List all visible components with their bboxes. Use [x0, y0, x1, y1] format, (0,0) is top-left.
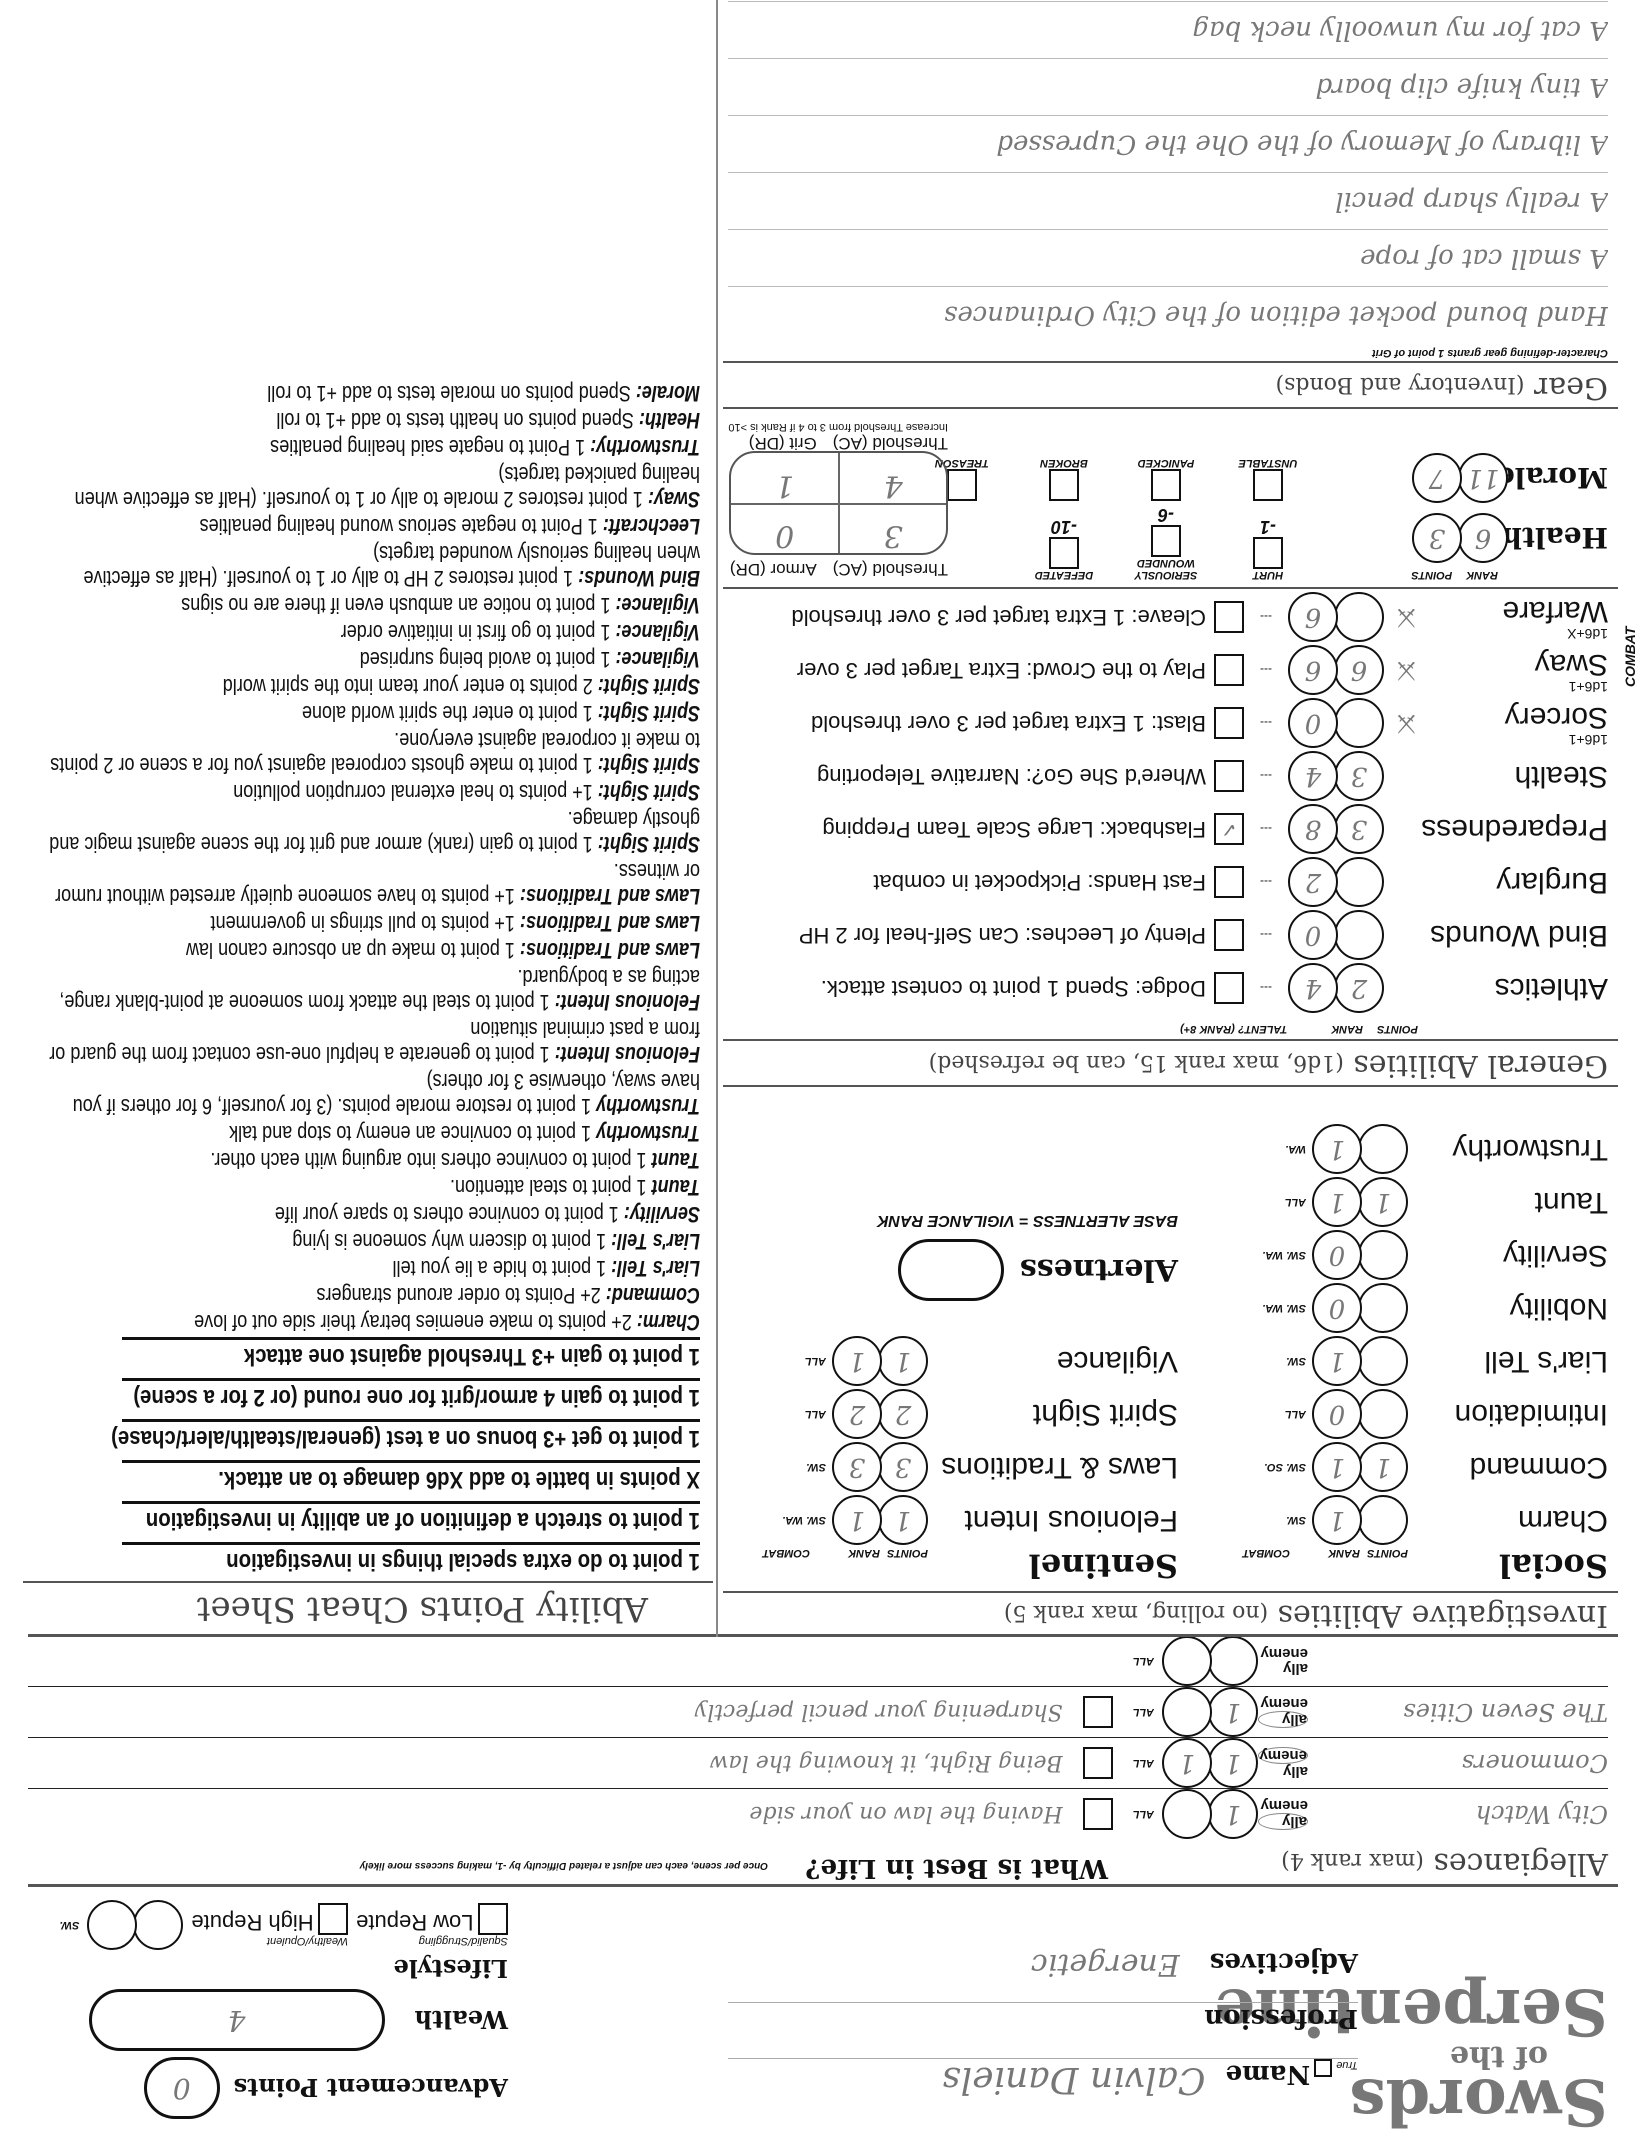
- cheat-ability-rule: Laws and Traditions: 1+ points to have s…: [44, 859, 700, 909]
- general-title: General Abilities: [1353, 1048, 1608, 1083]
- ability-points[interactable]: [1334, 858, 1384, 908]
- wealth-label: Wealth: [415, 2006, 508, 2035]
- talent-checkbox[interactable]: [1214, 708, 1244, 740]
- ability-points[interactable]: [1358, 1125, 1408, 1175]
- state-item: SERIOUSLY WOUNDED-6: [1126, 504, 1206, 581]
- state-checkbox[interactable]: [1253, 537, 1283, 569]
- cheat-general-rule: 1 point to do extra special things in in…: [122, 1542, 700, 1575]
- ability-pool: 33: [832, 1443, 928, 1493]
- dice-label: 1d6+1: [1418, 735, 1608, 747]
- ability-name: Stealth: [1515, 761, 1608, 794]
- cheat-ability-name: Vigilance:: [615, 620, 700, 645]
- gear-subtitle: (Inventory and Bonds): [1276, 372, 1525, 397]
- ability-name-cell: Stealth: [1418, 760, 1608, 794]
- state-mod: -10: [1024, 516, 1104, 537]
- ability-tag: SW. WA.: [1262, 1303, 1306, 1315]
- ability-name-cell: Athletics: [1418, 972, 1608, 1006]
- cheat-ability-name: Bind Wounds:: [578, 566, 700, 591]
- ability-pool: 0: [1312, 1284, 1408, 1334]
- ability-pool: 1: [1312, 1125, 1408, 1175]
- cheat-ability-text: 2 points to enter your team into the spi…: [223, 674, 598, 699]
- ability-rank[interactable]: 0: [1312, 1231, 1362, 1281]
- best-in-life-entry[interactable]: Being Right, it knowing the law: [710, 1751, 1063, 1776]
- ability-rank[interactable]: 1: [832, 1496, 882, 1546]
- talent-checkbox[interactable]: [1214, 655, 1244, 687]
- cheat-ability-rule: Charm: 2+ points to make enemies betray …: [44, 1310, 700, 1335]
- ability-points[interactable]: [1334, 699, 1384, 749]
- morale-label: Morale: [1508, 462, 1608, 495]
- ability-tag: SW. WA.: [1262, 1250, 1306, 1262]
- ability-pool: 38: [1288, 805, 1384, 855]
- talent-text: Plenty of Leeches: Can Self-heal for 2 H…: [799, 923, 1206, 949]
- character-sheet: Swords of the Serpentine True Name Calvi…: [0, 0, 1648, 2149]
- allegiance-points[interactable]: 1: [1208, 1789, 1258, 1839]
- cheat-ability-rule: Felonious Intent: 1 point to generate a …: [44, 1017, 700, 1067]
- allegiance-row: Commonersallyenemy11ALLBeing Right, it k…: [28, 1737, 1608, 1788]
- ability-pool: 22: [832, 1390, 928, 1440]
- ability-name: Intimidation: [1408, 1398, 1608, 1432]
- gear-item[interactable]: A tiny knife clip board: [728, 58, 1608, 115]
- ability-name: Preparedness: [1421, 814, 1608, 847]
- ability-pool: 6: [1288, 593, 1384, 643]
- cheat-ability-name: Sway:: [648, 487, 700, 512]
- talent-checkbox[interactable]: [1214, 920, 1244, 952]
- morale-threshold-value[interactable]: 4: [839, 453, 947, 503]
- general-row: 1d6+1Sorcery⚔0---Blast: 1 Extra target p…: [718, 697, 1608, 750]
- health-threshold-label: Threshold (AC): [833, 559, 948, 579]
- rank-col-label: RANK: [1290, 1547, 1360, 1559]
- cheat-ability-text: 1 point to convince an enemy to stop and…: [229, 1121, 596, 1146]
- talent-text: Where'd She Go?: Narrative Teleporting: [817, 764, 1206, 790]
- all-tag: ALL: [1133, 1655, 1154, 1667]
- allegiance-rank[interactable]: [1162, 1789, 1212, 1839]
- ability-points[interactable]: 1: [1358, 1178, 1408, 1228]
- talent-checkbox[interactable]: [1214, 867, 1244, 899]
- investigative-row: Trustworthy1WA.: [1188, 1123, 1608, 1176]
- state-item: HURT-1: [1228, 504, 1308, 581]
- sentinel-title: Sentinel: [928, 1547, 1178, 1585]
- investigative-row: Command11SW. SO.: [1188, 1441, 1608, 1494]
- cheat-ability-rule: Health: Spend points on health tests to …: [44, 408, 700, 433]
- armor-label: Armor (DR): [730, 559, 817, 579]
- ability-points[interactable]: 2: [878, 1390, 928, 1440]
- all-tag: ALL: [1133, 1808, 1154, 1820]
- ability-rank[interactable]: 6: [1288, 593, 1338, 643]
- ability-points[interactable]: [1358, 1496, 1408, 1546]
- cheat-ability-name: Command:: [606, 1283, 700, 1308]
- ability-rank[interactable]: 1: [1312, 1337, 1362, 1387]
- ability-pool: 34: [1288, 752, 1384, 802]
- general-row: Preparedness38---✓Flashback: Large Scale…: [718, 803, 1608, 856]
- gear-item[interactable]: Hand bound pocket edition of the City Or…: [728, 286, 1608, 343]
- ability-name: Command: [1408, 1451, 1608, 1485]
- state-item: UNSTABLE: [1228, 457, 1308, 501]
- ability-points[interactable]: 3: [878, 1443, 928, 1493]
- ability-name: Charm: [1408, 1504, 1608, 1538]
- gear-item[interactable]: A really sharp pencil: [728, 172, 1608, 229]
- ability-rank[interactable]: 1: [1312, 1443, 1362, 1493]
- ability-rank[interactable]: 0: [1288, 911, 1338, 961]
- ability-points[interactable]: 3: [1334, 752, 1384, 802]
- ability-pool: 1: [1312, 1337, 1408, 1387]
- ability-rank[interactable]: 2: [1288, 858, 1338, 908]
- ability-rank[interactable]: 0: [1312, 1390, 1362, 1440]
- cheat-ability-rule: Taunt 1 point to steal attention.: [44, 1175, 700, 1200]
- talent-text: Fast Hands: Pickpocket in combat: [873, 870, 1206, 896]
- cheat-ability-name: Health:: [639, 408, 700, 433]
- ability-tag: ALL: [805, 1409, 826, 1421]
- cheat-ability-name: Liar's Tell:: [611, 1256, 700, 1281]
- ally-enemy-label: allyenemy: [1258, 1696, 1308, 1728]
- ability-rank[interactable]: 1: [832, 1337, 882, 1387]
- alertness-field[interactable]: [898, 1239, 1004, 1301]
- ability-points[interactable]: [1334, 911, 1384, 961]
- threshold-note: Increase Threshold from 3 to 4 if Rank i…: [728, 421, 948, 433]
- sentinel-abilities: Felonious Intent11SW. WA.Laws & Traditio…: [718, 1335, 1178, 1547]
- dash-separator: ---: [1260, 770, 1272, 784]
- cheat-ability-text: 2+ points to make enemies betray their s…: [194, 1310, 637, 1335]
- cheat-ability-rule: Spirit Sight: 2 points to enter your tea…: [44, 674, 700, 699]
- ability-rank[interactable]: 6: [1288, 646, 1338, 696]
- allegiance-pool: 11: [1162, 1738, 1258, 1788]
- low-repute-checkbox[interactable]: [478, 1903, 508, 1935]
- cheat-ability-rule: Spirit Sight: 1+ points to heal external…: [44, 780, 700, 805]
- ability-rank[interactable]: 1: [1312, 1496, 1362, 1546]
- cheat-sheet-title: Ability Points Cheat Sheet: [197, 1589, 648, 1629]
- ability-tag: SW. WA.: [782, 1515, 826, 1527]
- talent-checkbox[interactable]: [1214, 602, 1244, 634]
- cheat-general-rule: 1 point to stretch a definition of an ab…: [122, 1501, 700, 1534]
- investigative-row: Nobility0SW. WA.: [1188, 1282, 1608, 1335]
- health-threshold-value[interactable]: 3: [839, 503, 947, 553]
- lifestyle-pool[interactable]: [87, 1900, 183, 1950]
- general-row: Athletics24---Dodge: Spend 1 point to co…: [718, 962, 1608, 1015]
- ability-pool: 11: [832, 1337, 928, 1387]
- ability-points[interactable]: [1358, 1337, 1408, 1387]
- cheat-ability-name: Felonious Intent:: [555, 990, 700, 1015]
- ability-pool: 0: [1312, 1231, 1408, 1281]
- ability-name-cell: Preparedness: [1418, 813, 1608, 847]
- cheat-ability-text: 1 point to go first in initiative order: [341, 620, 616, 645]
- ability-name: Sway: [1535, 649, 1608, 682]
- cheat-ability-rule: Laws and Traditions: 1+ points to pull s…: [44, 911, 700, 936]
- ability-tag: SW.: [806, 1462, 826, 1474]
- enemy-label[interactable]: enemy: [1258, 1646, 1308, 1661]
- gear-item[interactable]: A cat for my unwoolly neck bag: [728, 1, 1608, 58]
- best-in-life-title: What is Best in Life?: [805, 1853, 1108, 1883]
- ability-pool: 66: [1288, 646, 1384, 696]
- rank-col-label: RANK: [1466, 569, 1498, 581]
- grit-value[interactable]: 1: [731, 453, 839, 503]
- cheat-ability-name: Trustworthy: [596, 1121, 700, 1146]
- ability-name: Warfare: [1502, 596, 1608, 629]
- investigative-row: Vigilance11ALL: [718, 1335, 1178, 1388]
- health-points[interactable]: 3: [1412, 513, 1462, 563]
- vitals-panel: RANK POINTS Health 63 Morale 117 HURT-1S…: [718, 411, 1608, 581]
- social-abilities: Charm1SW.Command11SW. SO.Intimidation0AL…: [1188, 1123, 1608, 1547]
- high-repute-checkbox[interactable]: [318, 1903, 348, 1935]
- ability-rank[interactable]: 1: [1312, 1125, 1362, 1175]
- cheat-ability-text: 1 point restores 2 morale to ally or 1 t…: [75, 462, 700, 512]
- ally-label[interactable]: ally: [1258, 1764, 1308, 1779]
- cheat-ability-text: 1+ points to heal external corruption po…: [233, 780, 598, 805]
- allegiance-pool: 1: [1162, 1687, 1258, 1737]
- cheat-ability-rule: Laws and Traditions: 1 point to make up …: [44, 938, 700, 963]
- ability-points[interactable]: [1358, 1284, 1408, 1334]
- alertness-label: Alertness: [1020, 1253, 1178, 1288]
- allegiance-points[interactable]: 1: [1208, 1687, 1258, 1737]
- wealth-field[interactable]: 4: [89, 1989, 385, 2051]
- cheat-ability-name: Felonious Intent:: [555, 1042, 700, 1067]
- cheat-ability-text: Spend points on health tests to add +1 t…: [276, 408, 639, 433]
- best-in-life-checkbox[interactable]: [1083, 1747, 1113, 1779]
- enemy-label[interactable]: enemy: [1258, 1798, 1308, 1813]
- cheat-ability-name: Spirit Sight:: [598, 780, 700, 805]
- gear-item[interactable]: A small cat of rope: [728, 229, 1608, 286]
- ability-points[interactable]: 1: [878, 1337, 928, 1387]
- ability-rank[interactable]: 4: [1288, 752, 1338, 802]
- talent-text: Flashback: Large Scale Team Prepping: [822, 817, 1206, 843]
- points-col-label: POINTS: [1377, 1023, 1418, 1035]
- cheat-ability-text: Spend points on morale tests to add +1 t…: [267, 381, 636, 406]
- cheat-ability-rule: Sway: 1 point restores 2 morale to ally …: [44, 462, 700, 512]
- morale-states: UNSTABLEPANICKEDBROKENTREASON: [922, 457, 1308, 501]
- cheat-ability-name: Spirit Sight:: [598, 832, 700, 857]
- allegiance-list: City Watchallyenemy1ALLHaving the law on…: [28, 1635, 1608, 1839]
- cheat-ability-name: Servility:: [624, 1202, 700, 1227]
- armor-value[interactable]: 0: [731, 503, 839, 553]
- lifestyle-tag: SW.: [59, 1919, 79, 1931]
- cheat-ability-text: 1 point to enter the spirit world alone: [302, 701, 598, 726]
- adjectives-field[interactable]: Energetic: [1031, 1947, 1180, 1982]
- dash-separator: ---: [1260, 717, 1272, 731]
- state-label: PANICKED: [1126, 457, 1206, 469]
- cheat-general-rule: 1 point to gain +3 Threshold against one…: [122, 1337, 700, 1370]
- cheat-ability-name: Laws and Traditions:: [520, 884, 700, 909]
- cheat-ability-name: Vigilance:: [615, 647, 700, 672]
- ability-tag: WA.: [1285, 1144, 1306, 1156]
- investigative-row: Spirit Sight22ALL: [718, 1388, 1178, 1441]
- state-checkbox[interactable]: [1151, 525, 1181, 557]
- alertness-note: BASE ALERTNESS = VIGILANCE RANK: [718, 1211, 1178, 1229]
- true-name-checkbox[interactable]: [1314, 2059, 1332, 2077]
- cheat-ability-text: 1 point to notice an ambush even if ther…: [181, 593, 615, 618]
- cheat-ability-rules: Charm: 2+ points to make enemies betray …: [20, 379, 700, 1335]
- best-in-life-checkbox[interactable]: [1083, 1798, 1113, 1830]
- profession-label: Profession: [1204, 2003, 1358, 2033]
- ability-name: Sorcery: [1505, 702, 1608, 735]
- allegiance-name[interactable]: The Seven Cities: [1308, 1698, 1608, 1726]
- state-checkbox[interactable]: [947, 469, 977, 501]
- all-tag: ALL: [1133, 1757, 1154, 1769]
- lifestyle-high-sub: Wealthy/Opulent: [191, 1935, 348, 1947]
- ability-points[interactable]: [1358, 1231, 1408, 1281]
- cheat-ability-name: Liar's Tell:: [611, 1229, 700, 1254]
- cheat-ability-rule: Trustworthy 1 point to convince an enemy…: [44, 1121, 700, 1146]
- best-in-life-entry[interactable]: Having the law on your side: [749, 1802, 1062, 1827]
- points-col-label: POINTS: [880, 1547, 928, 1559]
- rank-col-label: RANK: [1331, 1023, 1363, 1035]
- state-label: UNSTABLE: [1228, 457, 1308, 469]
- ability-rank[interactable]: 2: [832, 1390, 882, 1440]
- allegiance-row: City Watchallyenemy1ALLHaving the law on…: [28, 1788, 1608, 1839]
- gear-title: Gear: [1534, 370, 1608, 405]
- ability-tag: SW. SO.: [1264, 1462, 1306, 1474]
- best-in-life-note: Once per scene, each can adjust a relate…: [360, 1860, 768, 1871]
- ability-points[interactable]: 1: [878, 1496, 928, 1546]
- investigative-title: Investigative Abilities: [1278, 1598, 1608, 1633]
- ability-name-cell: 1d6+XWarfare: [1418, 595, 1608, 641]
- allegiance-name[interactable]: City Watch: [1308, 1800, 1608, 1828]
- ability-rank[interactable]: 4: [1288, 964, 1338, 1014]
- dash-separator: ---: [1260, 823, 1272, 837]
- state-checkbox[interactable]: [1049, 469, 1079, 501]
- allegiance-points[interactable]: 1: [1208, 1738, 1258, 1788]
- state-label: SERIOUSLY WOUNDED: [1126, 557, 1206, 581]
- health-rank[interactable]: 6: [1458, 513, 1508, 563]
- talent-text: Blast: 1 Extra target per 3 over thresho…: [811, 711, 1206, 737]
- cheat-ability-rule: Vigilance: 1 point to avoid being surpri…: [44, 647, 700, 672]
- ally-enemy-label: allyenemy: [1258, 1646, 1308, 1676]
- allegiance-row: allyenemyALL: [28, 1635, 1608, 1686]
- ability-pool: 11: [832, 1496, 928, 1546]
- ability-rank[interactable]: 8: [1288, 805, 1338, 855]
- state-checkbox[interactable]: [1151, 469, 1181, 501]
- cheat-ability-text: 2+ Points to order around strangers: [316, 1283, 605, 1308]
- talent-text: Play to the Crowd: Extra Target per 3 ov…: [797, 658, 1206, 684]
- dash-separator: ---: [1260, 982, 1272, 996]
- allegiance-name[interactable]: Commoners: [1308, 1749, 1608, 1777]
- cheat-ability-text: 1 point to make up an obscure canon law: [186, 938, 520, 963]
- advancement-label: Advancement Points: [234, 2074, 508, 2103]
- investigative-row: Servility0SW. WA.: [1188, 1229, 1608, 1282]
- cheat-ability-name: Leechcraft:: [603, 514, 700, 539]
- allegiance-rank[interactable]: [1162, 1636, 1212, 1686]
- allegiance-row: The Seven Citiesallyenemy1ALLSharpening …: [28, 1686, 1608, 1737]
- ability-tag: ALL: [1285, 1197, 1306, 1209]
- ability-points[interactable]: 6: [1334, 646, 1384, 696]
- gear-item[interactable]: A library of Memory of the Ohe the Cupre…: [728, 115, 1608, 172]
- general-row: 1d6+1Sway⚔66---Play to the Crowd: Extra …: [718, 644, 1608, 697]
- state-checkbox[interactable]: [1049, 537, 1079, 569]
- investigative-row: Taunt11ALL: [1188, 1176, 1608, 1229]
- cheat-ability-text: 1 point to hide a lie you tell: [393, 1256, 612, 1281]
- ability-rank[interactable]: 0: [1288, 699, 1338, 749]
- best-in-life-checkbox[interactable]: [1083, 1696, 1113, 1728]
- cheat-ability-text: 1 point to convince others into arguing …: [210, 1148, 651, 1173]
- investigative-row: Laws & Traditions33SW.: [718, 1441, 1178, 1494]
- cheat-ability-name: Spirit Sight:: [598, 674, 700, 699]
- ability-pool: 0: [1312, 1390, 1408, 1440]
- ally-label[interactable]: ally: [1258, 1661, 1308, 1676]
- lifestyle-low-sub: Squalid/Struggling: [356, 1935, 508, 1947]
- ability-points[interactable]: [1334, 593, 1384, 643]
- allegiance-points[interactable]: [1208, 1636, 1258, 1686]
- cheat-general-rule: X points in battle to add Xd6 damage to …: [122, 1460, 700, 1493]
- name-field[interactable]: Calvin Daniels: [942, 2059, 1205, 2100]
- social-title: Social: [1408, 1547, 1608, 1585]
- ability-name: Laws & Traditions: [928, 1451, 1178, 1485]
- points-col-label: POINTS: [1411, 569, 1452, 581]
- cheat-ability-name: Laws and Traditions:: [520, 911, 700, 936]
- ability-rank[interactable]: 0: [1312, 1284, 1362, 1334]
- gear-list: Hand bound pocket edition of the City Or…: [728, 1, 1608, 343]
- investigative-subtitle: (no rolling, max rank 5): [1004, 1600, 1268, 1625]
- general-row: Burglary2---Fast Hands: Pickpocket in co…: [718, 856, 1608, 909]
- crossed-swords-icon: ⚔: [1384, 708, 1418, 739]
- cheat-general-rules: 1 point to do extra special things in in…: [20, 1329, 700, 1575]
- high-repute-label: High Repute: [191, 1910, 313, 1935]
- allegiances-subtitle: (max rank 4): [1281, 1848, 1424, 1873]
- state-label: DEFEATED: [1024, 569, 1104, 581]
- ally-label[interactable]: ally: [1258, 1711, 1308, 1728]
- state-item: DEFEATED-10: [1024, 504, 1104, 581]
- cheat-ability-rule: Trustworthy: 1 Point to negate said heal…: [44, 435, 700, 460]
- allegiance-rank[interactable]: [1162, 1687, 1212, 1737]
- investigative-row: Liar's Tell1SW.: [1188, 1335, 1608, 1388]
- ability-rank[interactable]: 3: [832, 1443, 882, 1493]
- dice-label: 1d6+X: [1418, 629, 1608, 641]
- allegiances-title: Allegiances: [1433, 1846, 1608, 1881]
- ability-points[interactable]: [1358, 1390, 1408, 1440]
- talent-checkbox[interactable]: [1214, 761, 1244, 793]
- talent-checkbox[interactable]: [1214, 973, 1244, 1005]
- ability-points[interactable]: 2: [1334, 964, 1384, 1014]
- cheat-ability-rule: Taunt 1 point to convince others into ar…: [44, 1148, 700, 1173]
- talent-checkbox[interactable]: ✓: [1214, 814, 1244, 846]
- ability-name: Taunt: [1408, 1186, 1608, 1220]
- cheat-ability-rule: Morale: Spend points on morale tests to …: [44, 381, 700, 406]
- ability-name: Athletics: [1495, 973, 1608, 1006]
- ally-label[interactable]: ally: [1258, 1813, 1308, 1830]
- ability-pool: 24: [1288, 964, 1384, 1014]
- cheat-ability-name: Trustworthy:: [590, 435, 700, 460]
- ability-rank[interactable]: 1: [1312, 1178, 1362, 1228]
- morale-rank[interactable]: 11: [1458, 453, 1508, 503]
- cheat-ability-text: 1 point to steal attention.: [450, 1175, 652, 1200]
- dice-label: 1d6+1: [1418, 682, 1608, 694]
- ally-enemy-label: allyenemy: [1258, 1747, 1308, 1779]
- general-abilities: Athletics24---Dodge: Spend 1 point to co…: [718, 591, 1608, 1015]
- general-row: 1d6+XWarfare⚔6---Cleave: 1 Extra target …: [718, 591, 1608, 644]
- dash-separator: ---: [1260, 876, 1272, 890]
- state-item: PANICKED: [1126, 457, 1206, 501]
- ability-points[interactable]: 3: [1334, 805, 1384, 855]
- cheat-general-rule: 1 point to get +3 bonus on a test (gener…: [122, 1419, 700, 1452]
- combat-side-label: COMBAT: [1622, 627, 1638, 687]
- general-row: Bind Wounds0---Plenty of Leeches: Can Se…: [718, 909, 1608, 962]
- ability-pool: 2: [1288, 858, 1384, 908]
- crossed-swords-icon: ⚔: [1384, 602, 1418, 633]
- enemy-label[interactable]: enemy: [1258, 1696, 1308, 1711]
- allegiance-rank[interactable]: 1: [1162, 1738, 1212, 1788]
- ability-pool: 0: [1288, 699, 1384, 749]
- best-in-life-entry[interactable]: Sharpening your pencil perfectly: [695, 1700, 1063, 1725]
- enemy-label[interactable]: enemy: [1258, 1747, 1308, 1764]
- ability-name: Trustworthy: [1408, 1133, 1608, 1167]
- ability-points[interactable]: 1: [1358, 1443, 1408, 1493]
- ability-tag: ALL: [1285, 1409, 1306, 1421]
- lifestyle-label: Lifestyle: [28, 1954, 508, 1983]
- dash-separator: ---: [1260, 929, 1272, 943]
- state-checkbox[interactable]: [1253, 469, 1283, 501]
- ability-name: Servility: [1408, 1239, 1608, 1273]
- state-mod: -6: [1126, 504, 1206, 525]
- state-label: HURT: [1228, 569, 1308, 581]
- cheat-ability-name: Charm:: [637, 1310, 700, 1335]
- morale-points[interactable]: 7: [1412, 453, 1462, 503]
- advancement-field[interactable]: 0: [144, 2057, 220, 2119]
